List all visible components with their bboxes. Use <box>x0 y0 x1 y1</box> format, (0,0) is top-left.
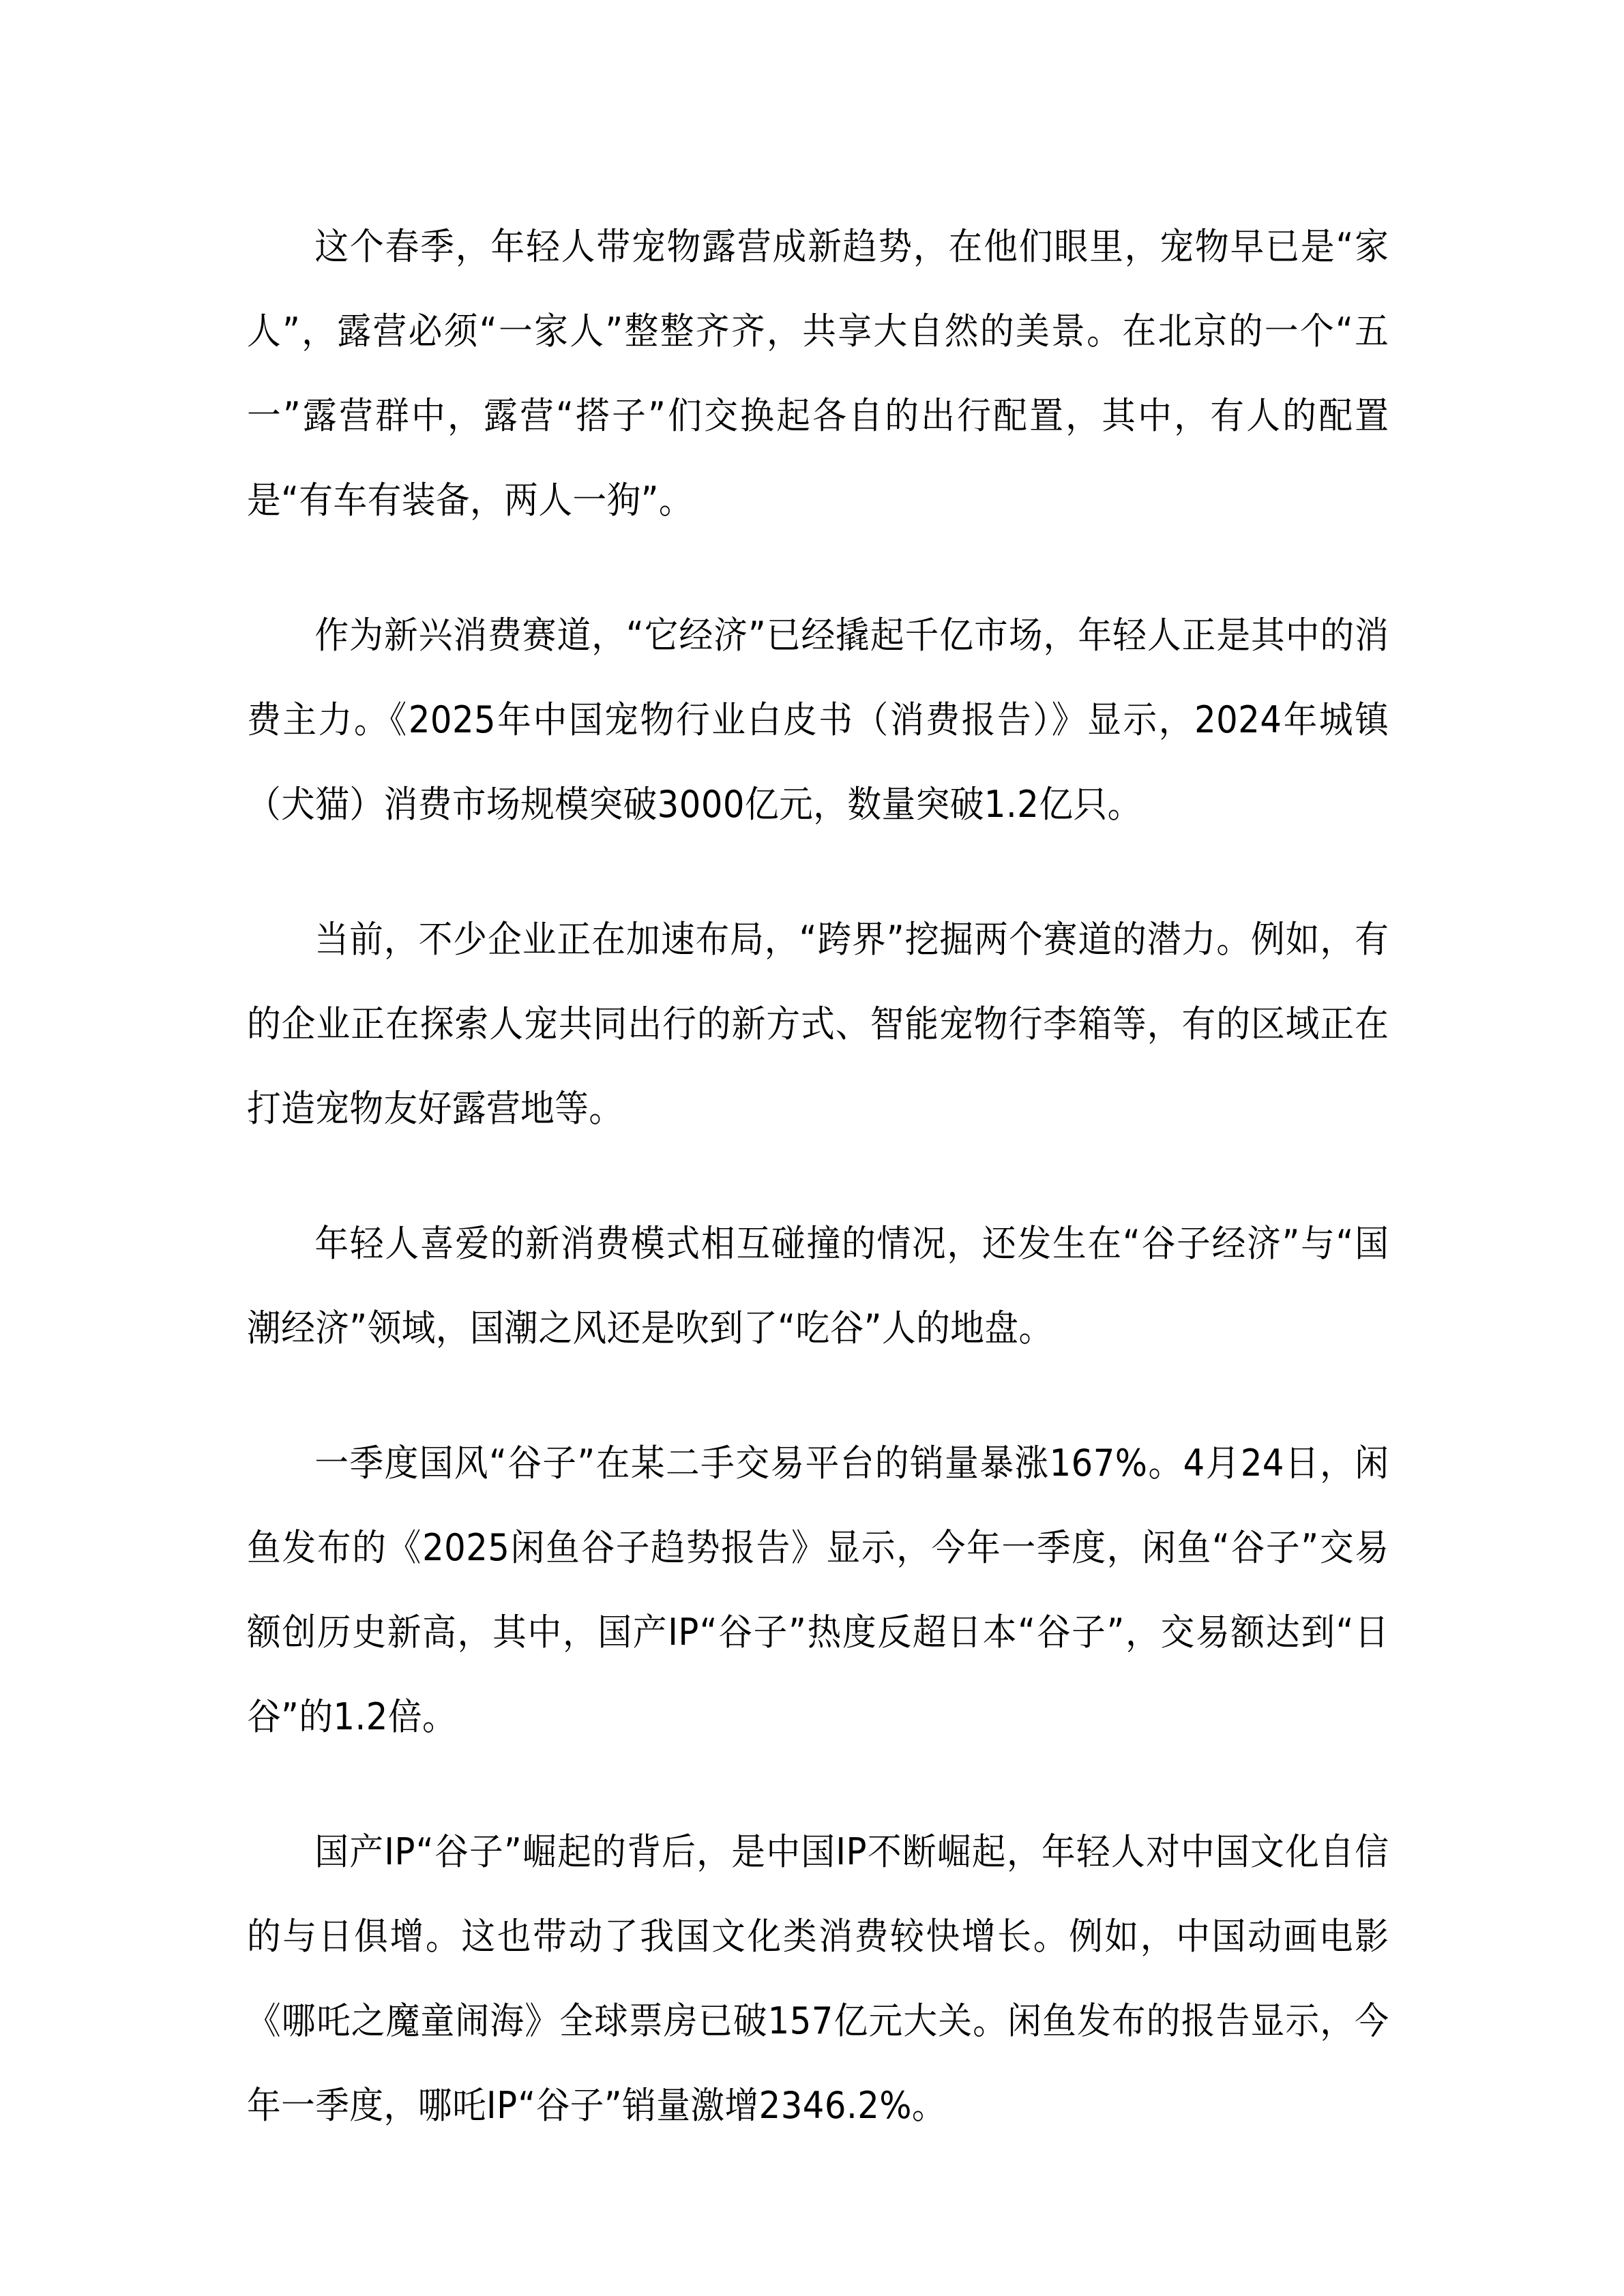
paragraph-guzi-guochao: 年轻人喜爱的新消费模式相互碰撞的情况，还发生在“谷子经济”与“国潮经济”领域，国… <box>247 1202 1389 1371</box>
paragraph-pet-economy: 作为新兴消费赛道，“它经济”已经撬起千亿市场，年轻人正是其中的消费主力。《202… <box>247 593 1389 847</box>
paragraph-cross-industry: 当前，不少企业正在加速布局，“跨界”挖掘两个赛道的潜力。例如，有的企业正在探索人… <box>247 897 1389 1151</box>
paragraph-domestic-ip: 国产IP“谷子”崛起的背后，是中国IP不断崛起，年轻人对中国文化自信的与日俱增。… <box>247 1810 1389 2148</box>
paragraph-pet-camping: 这个春季，年轻人带宠物露营成新趋势，在他们眼里，宠物早已是“家人”，露营必须“一… <box>247 205 1389 543</box>
document-page: 这个春季，年轻人带宠物露营成新趋势，在他们眼里，宠物早已是“家人”，露营必须“一… <box>247 205 1389 2198</box>
paragraph-xianyu-report: 一季度国风“谷子”在某二手交易平台的销量暴涨167%。4月24日，闲鱼发布的《2… <box>247 1421 1389 1759</box>
